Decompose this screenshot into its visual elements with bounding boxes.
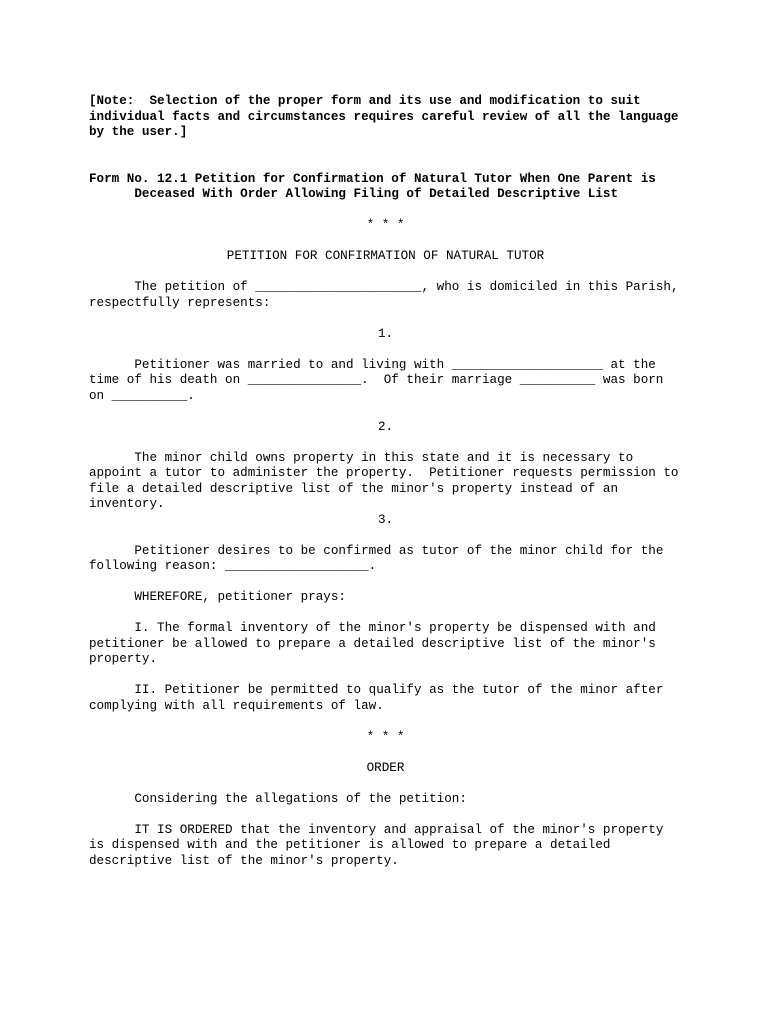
stars-separator-bottom: * * * bbox=[89, 730, 682, 746]
paragraph-confirmation-reason: Petitioner desires to be confirmed as tu… bbox=[89, 544, 682, 575]
order-heading: ORDER bbox=[89, 761, 682, 777]
paragraph-marriage: Petitioner was married to and living wit… bbox=[89, 358, 682, 405]
note-block: [Note: Selection of the proper form and … bbox=[89, 94, 682, 141]
paragraph-prayer-ii: II. Petitioner be permitted to qualify a… bbox=[89, 683, 682, 714]
stars-separator-top: * * * bbox=[89, 218, 682, 234]
intro-text-before: The petition of bbox=[89, 280, 255, 294]
paragraph-petition-intro: The petition of ______________________, … bbox=[89, 280, 682, 311]
paragraph-wherefore: WHEREFORE, petitioner prays: bbox=[89, 590, 682, 606]
petitioner-name-blank: ______________________ bbox=[255, 280, 421, 294]
petition-heading: PETITION FOR CONFIRMATION OF NATURAL TUT… bbox=[89, 249, 682, 265]
form-number-title: Form No. 12.1 Petition for Confirmation … bbox=[89, 172, 682, 203]
paragraph-it-is-ordered: IT IS ORDERED that the inventory and app… bbox=[89, 823, 682, 870]
section-number-2: 2. bbox=[89, 420, 682, 436]
section-number-3: 3. bbox=[89, 513, 682, 529]
paragraph-considering: Considering the allegations of the petit… bbox=[89, 792, 682, 808]
paragraph-prayer-i: I. The formal inventory of the minor's p… bbox=[89, 621, 682, 668]
document-page: [Note: Selection of the proper form and … bbox=[0, 0, 770, 1024]
paragraph-minor-property: The minor child owns property in this st… bbox=[89, 451, 682, 513]
section-number-1: 1. bbox=[89, 327, 682, 343]
